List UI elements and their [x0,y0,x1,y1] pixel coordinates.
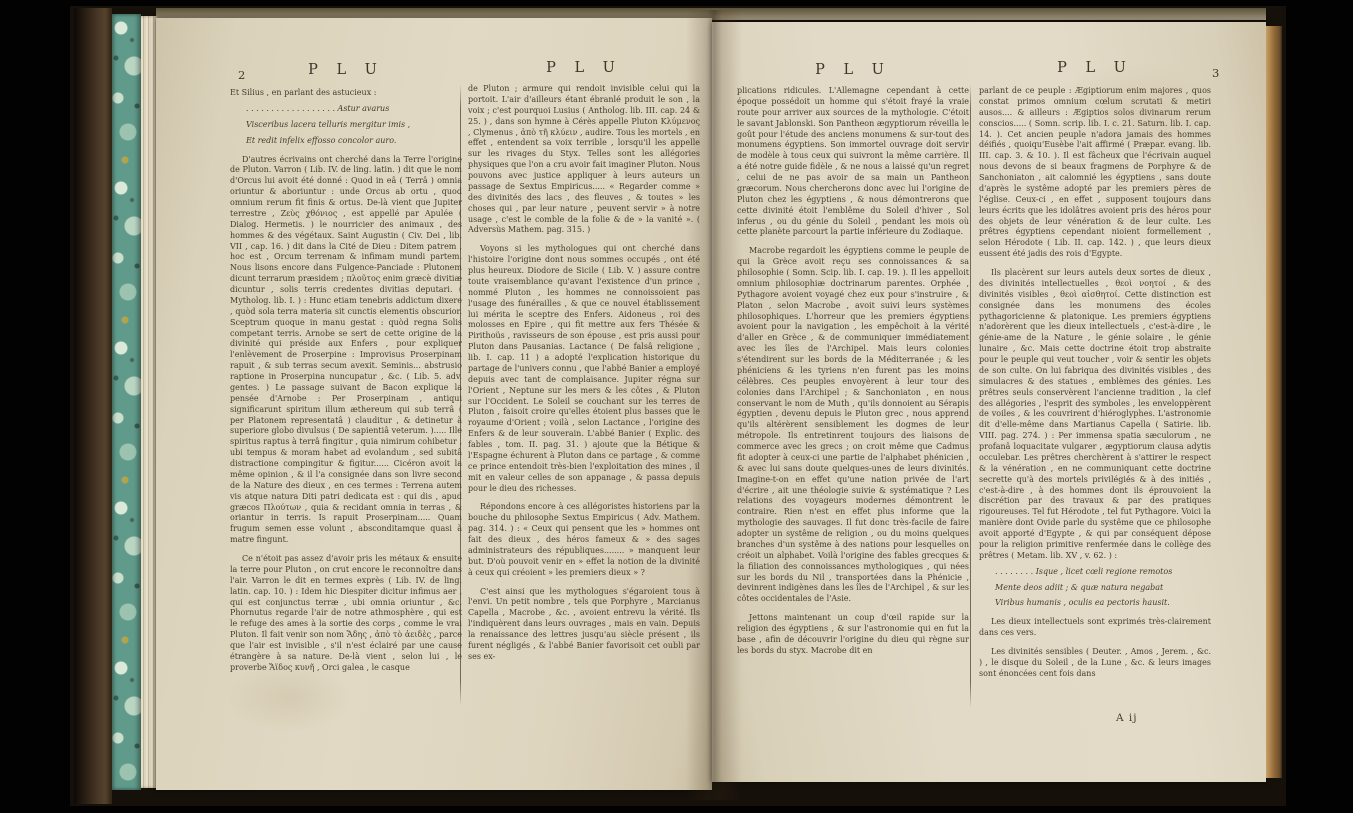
paragraph: Voyons si les mythologues qui ont cherch… [468,244,700,494]
text-column-page2-col1: Et Silius , en parlant des astucieux :. … [230,88,462,706]
marbled-fore-edge [112,14,141,790]
paragraph: C'est ainsi que les mythologues s'égaroi… [468,587,700,663]
text-column-page3-col2: parlant de ce peuple : Ægiptiorum enim m… [979,86,1211,710]
page-edge-stack [141,16,157,788]
paragraph: Mente deos adiit ; & quæ natura negabat [995,583,1211,594]
paragraph: Visceribus lacera telluris mergitur imis… [246,120,462,131]
signature-mark: A ij [1116,712,1138,724]
photograph-of-open-book: 2 P L U P L U Et Silius , en parlant des… [0,0,1353,813]
left-page: 2 P L U P L U Et Silius , en parlant des… [156,18,712,790]
column-divider [460,84,461,706]
paragraph: D'autres écrivains ont cherché dans la T… [230,155,462,547]
paragraph: de Pluton ; armure qui rendoit invisible… [468,84,700,236]
paragraph: Ils placèrent sur leurs autels deux sort… [979,268,1211,562]
paragraph: . . . . . . . . Isque , licet cœli regio… [995,567,1211,578]
running-header-left-col1: P L U [230,62,462,78]
text-column-page2-col2: de Pluton ; armure qui rendoit invisible… [468,84,700,706]
cover-edge-right [1266,26,1282,778]
paragraph: Ce n'étoit pas assez d'avoir pris les mé… [230,554,462,674]
page-number-right: 3 [1212,66,1219,80]
leather-cover-left [74,8,112,804]
paragraph: . . . . . . . . . . . . . . . . . . Astu… [246,104,462,115]
paragraph: Jettons maintenant un coup d'œil rapide … [737,613,969,657]
paragraph: Et redit infelix effosso concolor auro. [246,136,462,147]
text-column-page3-col1: plications ridicules. L'Allemagne cepend… [737,86,969,712]
paragraph: plications ridicules. L'Allemagne cepend… [737,86,969,238]
running-header-right-col2: P L U [979,60,1211,76]
column-divider [970,84,971,708]
right-page: P L U P L U 3 plications ridicules. L'Al… [712,22,1266,782]
paragraph: Répondons encore à ces allégoristes hist… [468,502,700,578]
paragraph: parlant de ce peuple : Ægiptiorum enim m… [979,86,1211,260]
paragraph: Les divinités sensibles ( Deuter. , Amos… [979,647,1211,680]
paragraph: Macrobe regardoit les égyptiens comme le… [737,246,969,605]
paragraph: Viribus humanis , oculis ea pectoris hau… [995,598,1211,609]
paragraph: Les dieux intellectuels sont exprimés tr… [979,617,1211,639]
paragraph: Et Silius , en parlant des astucieux : [230,88,462,99]
running-header-right-col1: P L U [737,62,969,78]
running-header-left-col2: P L U [468,60,700,76]
